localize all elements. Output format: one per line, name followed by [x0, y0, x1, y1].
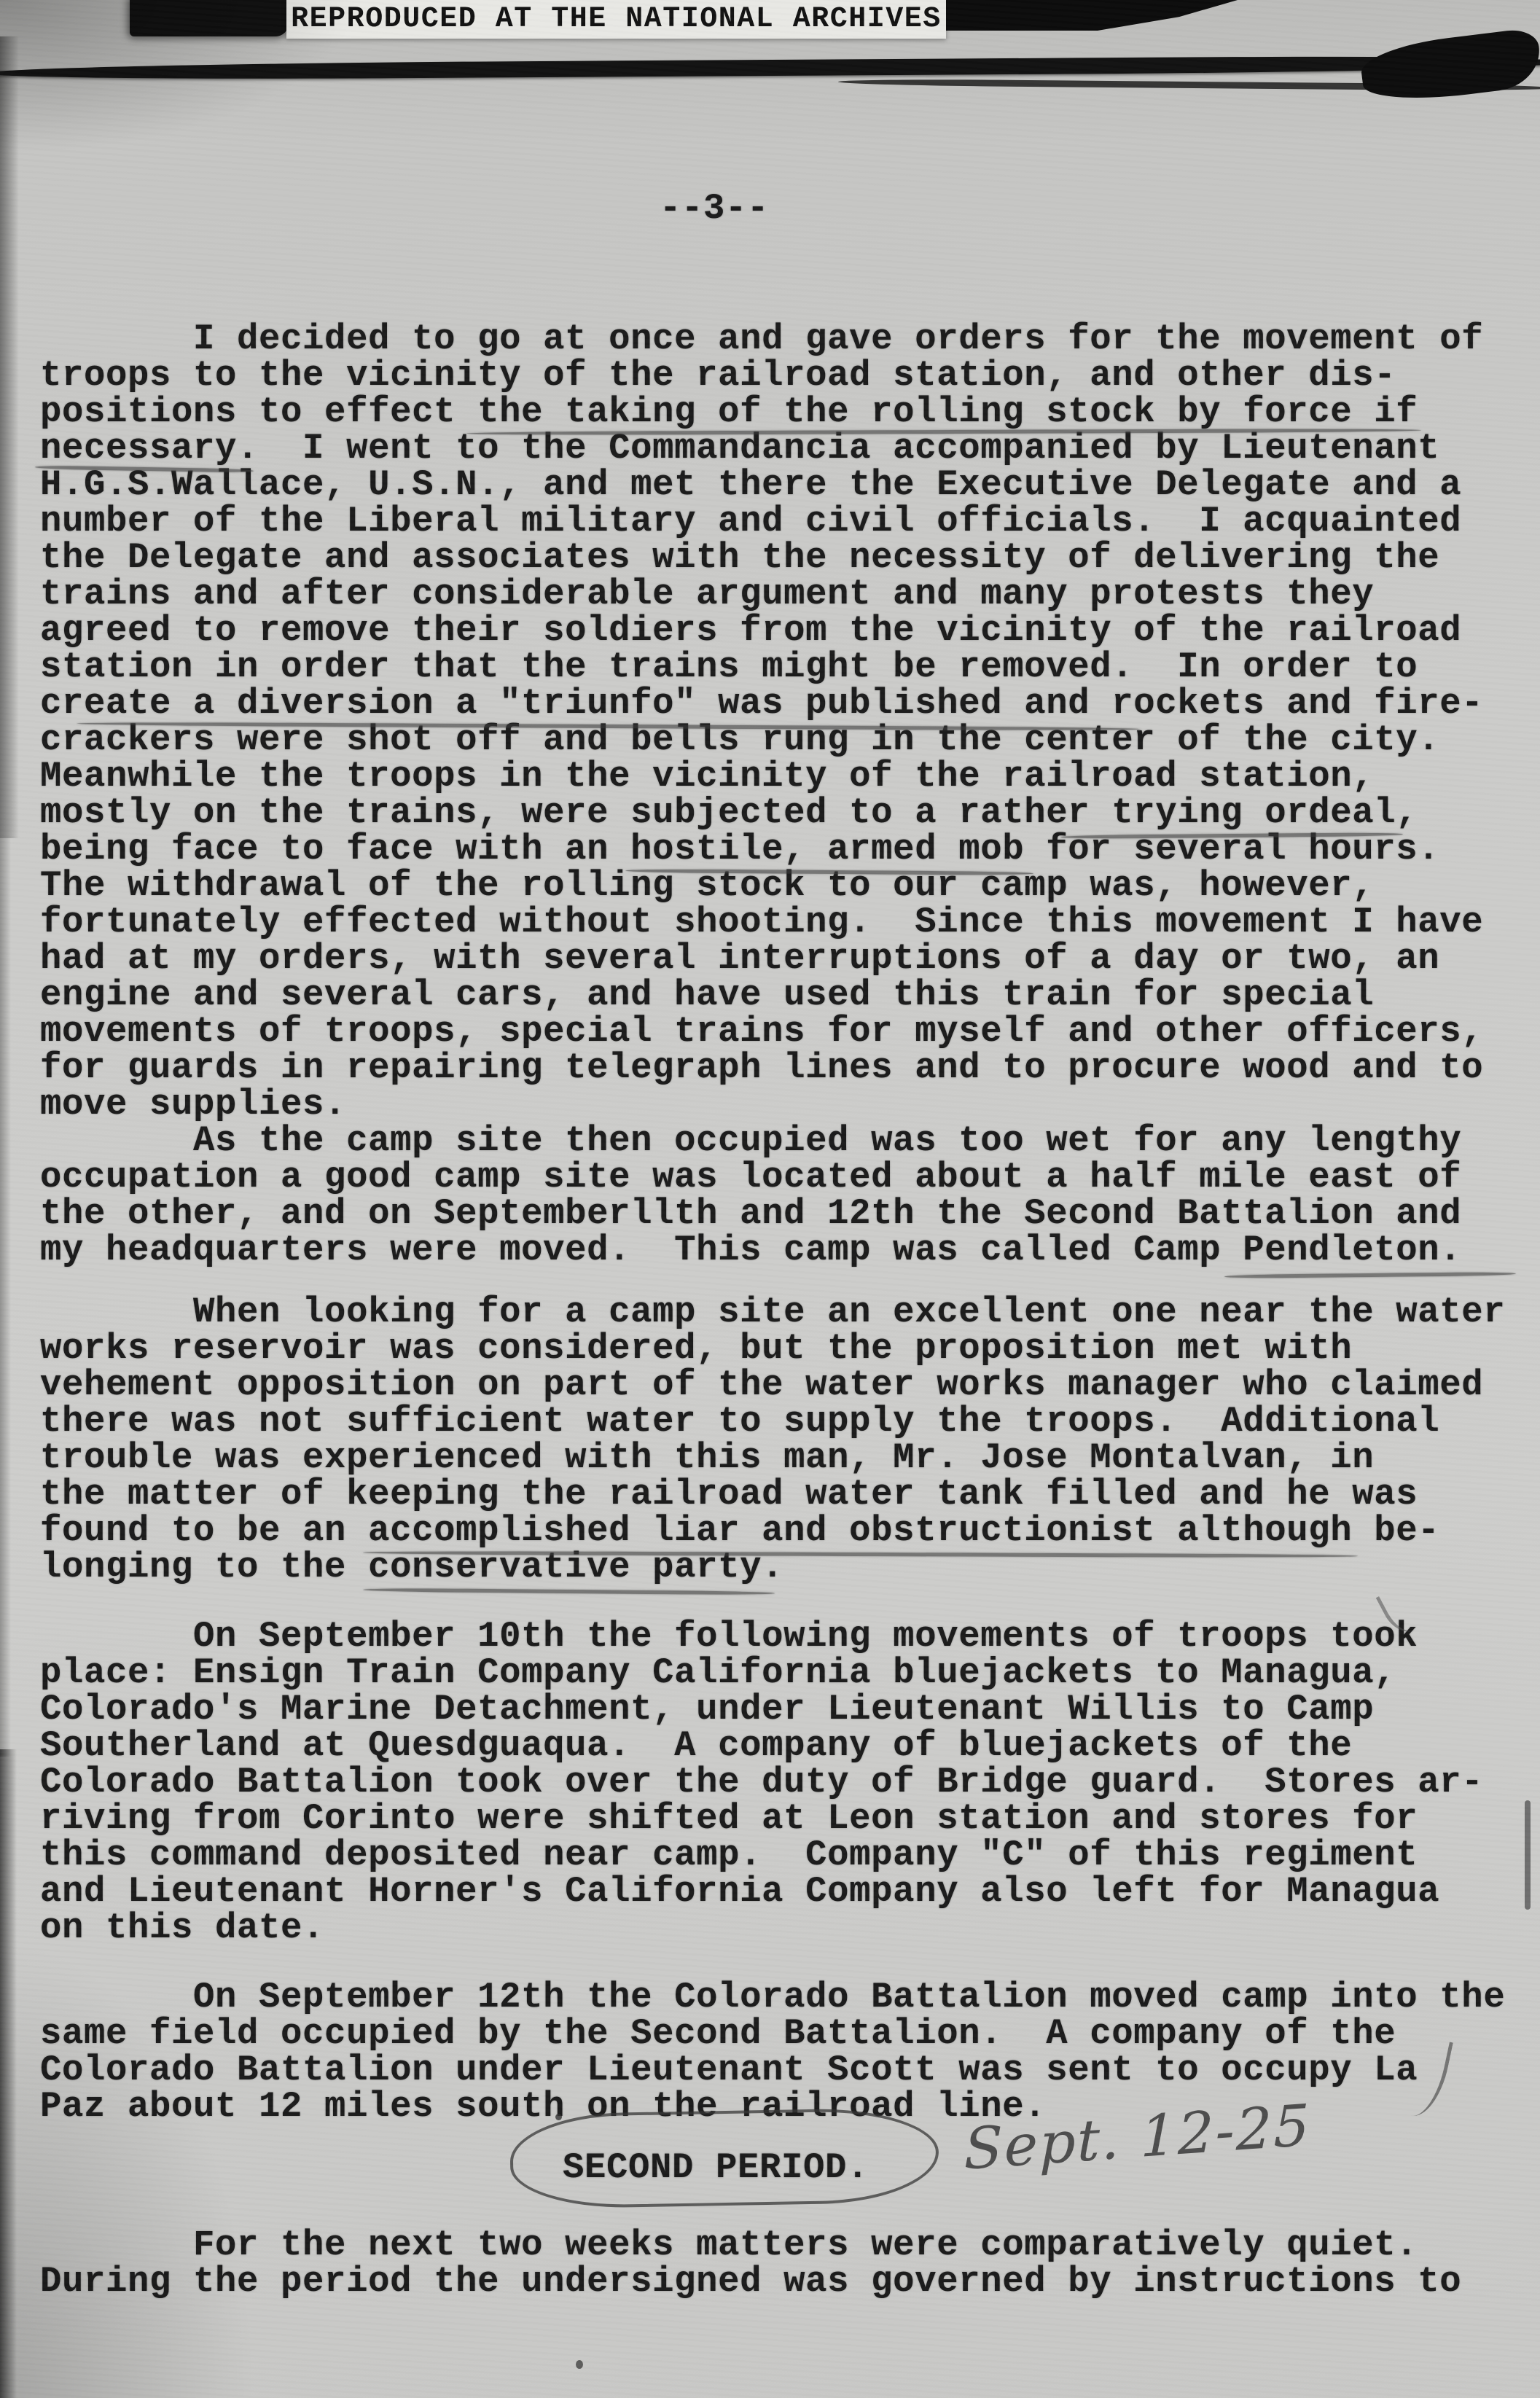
- paragraph: I decided to go at once and gave orders …: [40, 321, 1483, 1122]
- paragraph: On September 10th the following movement…: [40, 1618, 1483, 1946]
- archive-stamp: REPRODUCED AT THE NATIONAL ARCHIVES: [286, 0, 946, 39]
- pencil-dot: [555, 2114, 562, 2120]
- page-number: --3--: [660, 188, 769, 229]
- archive-stamp-text: REPRODUCED AT THE NATIONAL ARCHIVES: [291, 3, 942, 36]
- pencil-underline: [363, 1588, 775, 1596]
- scan-curl: [1359, 27, 1540, 106]
- document-page: REPRODUCED AT THE NATIONAL ARCHIVES --3-…: [0, 0, 1540, 2398]
- page-edge-mark: [1525, 1800, 1531, 1910]
- page-edge-shadow: [0, 36, 19, 838]
- page-edge-shadow: [0, 838, 11, 1757]
- section-heading: SECOND PERIOD.: [563, 2147, 869, 2188]
- scan-artifact-right: [946, 0, 1238, 31]
- scan-speck: [576, 2360, 583, 2369]
- scan-band: [0, 55, 1540, 80]
- paragraph: When looking for a camp site an excellen…: [40, 1294, 1505, 1585]
- scan-artifact-left: [130, 0, 289, 36]
- paragraph: As the camp site then occupied was too w…: [40, 1122, 1461, 1268]
- paragraph: For the next two weeks matters were comp…: [40, 2227, 1461, 2300]
- pencil-underline: [1224, 1272, 1516, 1278]
- page-edge-shadow: [0, 1749, 17, 2398]
